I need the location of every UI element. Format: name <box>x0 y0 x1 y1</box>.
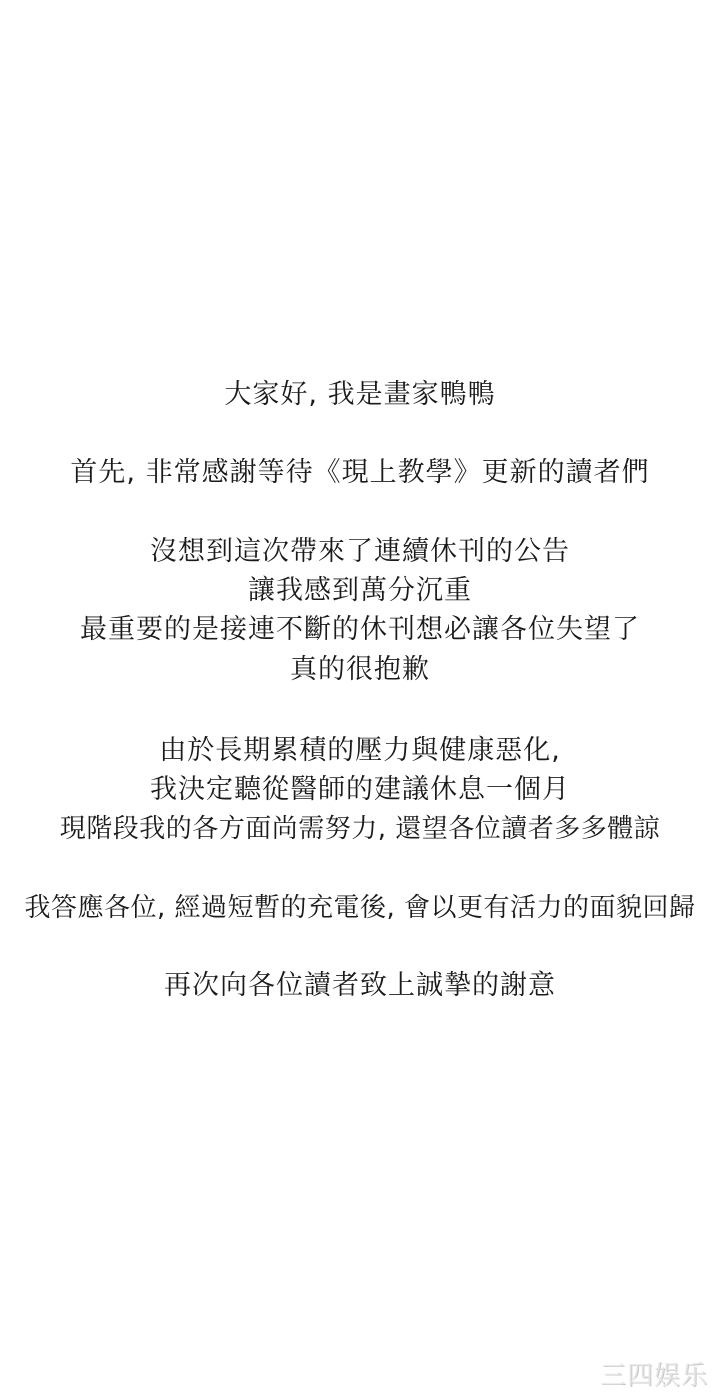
greeting-line: 大家好, 我是畫家鴨鴨 <box>0 377 720 413</box>
reason-line-3: 現階段我的各方面尚需努力, 還望各位讀者多多體諒 <box>0 811 720 847</box>
apology-line-1: 沒想到這次帶來了連續休刊的公告 <box>0 534 720 570</box>
apology-line-4: 真的很抱歉 <box>0 652 720 688</box>
promise-line: 我答應各位, 經過短暫的充電後, 會以更有活力的面貌回歸 <box>0 890 720 926</box>
thanks-line: 首先, 非常感謝等待《現上教學》更新的讀者們 <box>0 455 720 491</box>
apology-line-2: 讓我感到萬分沉重 <box>0 573 720 609</box>
reason-line-2: 我決定聽從醫師的建議休息一個月 <box>0 772 720 808</box>
notice-page: 大家好, 我是畫家鴨鴨 首先, 非常感謝等待《現上教學》更新的讀者們 沒想到這次… <box>0 0 720 1400</box>
watermark-logo: 三四娱乐 <box>600 1360 708 1392</box>
apology-line-3: 最重要的是接連不斷的休刊想必讓各位失望了 <box>0 612 720 648</box>
closing-line: 再次向各位讀者致上誠摯的謝意 <box>0 968 720 1004</box>
reason-line-1: 由於長期累積的壓力與健康惡化, <box>0 733 720 769</box>
